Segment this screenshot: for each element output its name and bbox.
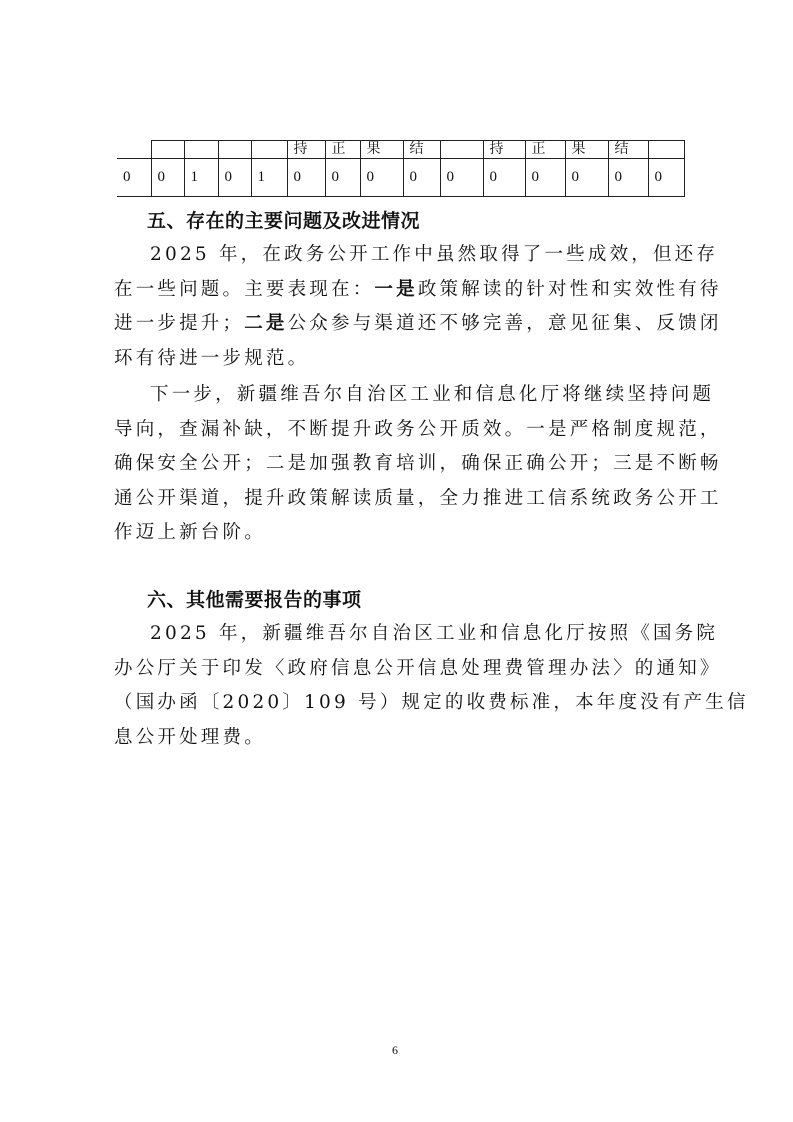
text-line: 通公开渠道，提升政策解读质量，全力推进工信系统政务公开工 [114,482,686,517]
section-heading-5: 五、存在的主要问题及改进情况 [147,206,420,233]
emphasis-text: 一是 [374,279,417,300]
text-line: 下一步，新疆维吾尔自治区工业和信息化厅将继续坚持问题 [114,378,686,413]
table-cell: 1 [251,159,287,197]
text-span: 公众参与渠道还不够完善，意见征集、反馈闭 [288,313,722,334]
table-cell: 0 [403,159,440,197]
table-value-row: 0 0 1 0 1 0 0 0 0 0 0 0 0 0 0 [117,159,684,197]
section-heading-6: 六、其他需要报告的事项 [147,585,362,612]
text-line: 在一些问题。主要表现在：一是政策解读的针对性和实效性有待 [114,273,686,308]
data-table-fragment: 持 正 果 结 持 正 果 结 0 0 1 0 1 0 0 0 0 0 0 0 … [117,140,685,197]
table-cell: 0 [151,159,184,197]
text-line: 环有待进一步规范。 [114,342,686,377]
text-span: 政策解读的针对性和实效性有待 [418,279,722,300]
document-page: 持 正 果 结 持 正 果 结 0 0 1 0 1 0 0 0 0 0 0 0 … [0,0,793,1122]
table-cell: 0 [565,159,608,197]
table-cell [440,141,483,159]
table-cell: 持 [287,141,325,159]
section6-paragraph-1: 2025 年，新疆维吾尔自治区工业和信息化厅按照《国务院 办公厅关于印发〈政府信… [114,617,686,755]
table-cell: 果 [360,141,403,159]
text-line: 导向，查漏补缺，不断提升政务公开质效。一是严格制度规范， [114,413,686,448]
table-cell: 0 [117,159,151,197]
text-line: （国办函〔2020〕109 号）规定的收费标准，本年度没有产生信 [114,686,686,721]
emphasis-text: 二是 [244,313,287,334]
table-header-row: 持 正 果 结 持 正 果 结 [117,141,684,159]
text-span: 进一步提升； [114,313,244,334]
table-cell: 0 [648,159,684,197]
text-line: 作迈上新台阶。 [114,516,686,551]
page-number: 6 [392,1043,398,1058]
table-cell: 0 [360,159,403,197]
table-cell [184,141,218,159]
section5-paragraph-1: 2025 年，在政务公开工作中虽然取得了一些成效，但还存 在一些问题。主要表现在… [114,238,686,376]
text-line: 确保安全公开；二是加强教育培训，确保正确公开；三是不断畅 [114,447,686,482]
table-cell [251,141,287,159]
table-cell: 果 [565,141,608,159]
table-cell [151,141,184,159]
table-cell: 0 [218,159,251,197]
table-cell: 正 [325,141,360,159]
table-cell: 0 [483,159,525,197]
table-cell: 结 [403,141,440,159]
table-cell [218,141,251,159]
table-cell: 持 [483,141,525,159]
table-cell: 结 [608,141,648,159]
table-cell: 0 [440,159,483,197]
text-line: 息公开处理费。 [114,721,686,756]
table-cell: 0 [608,159,648,197]
text-line: 2025 年，新疆维吾尔自治区工业和信息化厅按照《国务院 [114,617,686,652]
table-cell [648,141,684,159]
section5-paragraph-2: 下一步，新疆维吾尔自治区工业和信息化厅将继续坚持问题 导向，查漏补缺，不断提升政… [114,378,686,551]
text-line: 2025 年，在政务公开工作中虽然取得了一些成效，但还存 [114,238,686,273]
table-cell: 0 [525,159,565,197]
table-cell: 0 [325,159,360,197]
text-line: 进一步提升；二是公众参与渠道还不够完善，意见征集、反馈闭 [114,307,686,342]
table-cell: 正 [525,141,565,159]
table-cell: 1 [184,159,218,197]
table-cell: 0 [287,159,325,197]
text-line: 办公厅关于印发〈政府信息公开信息处理费管理办法〉的通知》 [114,652,686,687]
table-cell [117,141,151,159]
text-span: 在一些问题。主要表现在： [114,279,374,300]
